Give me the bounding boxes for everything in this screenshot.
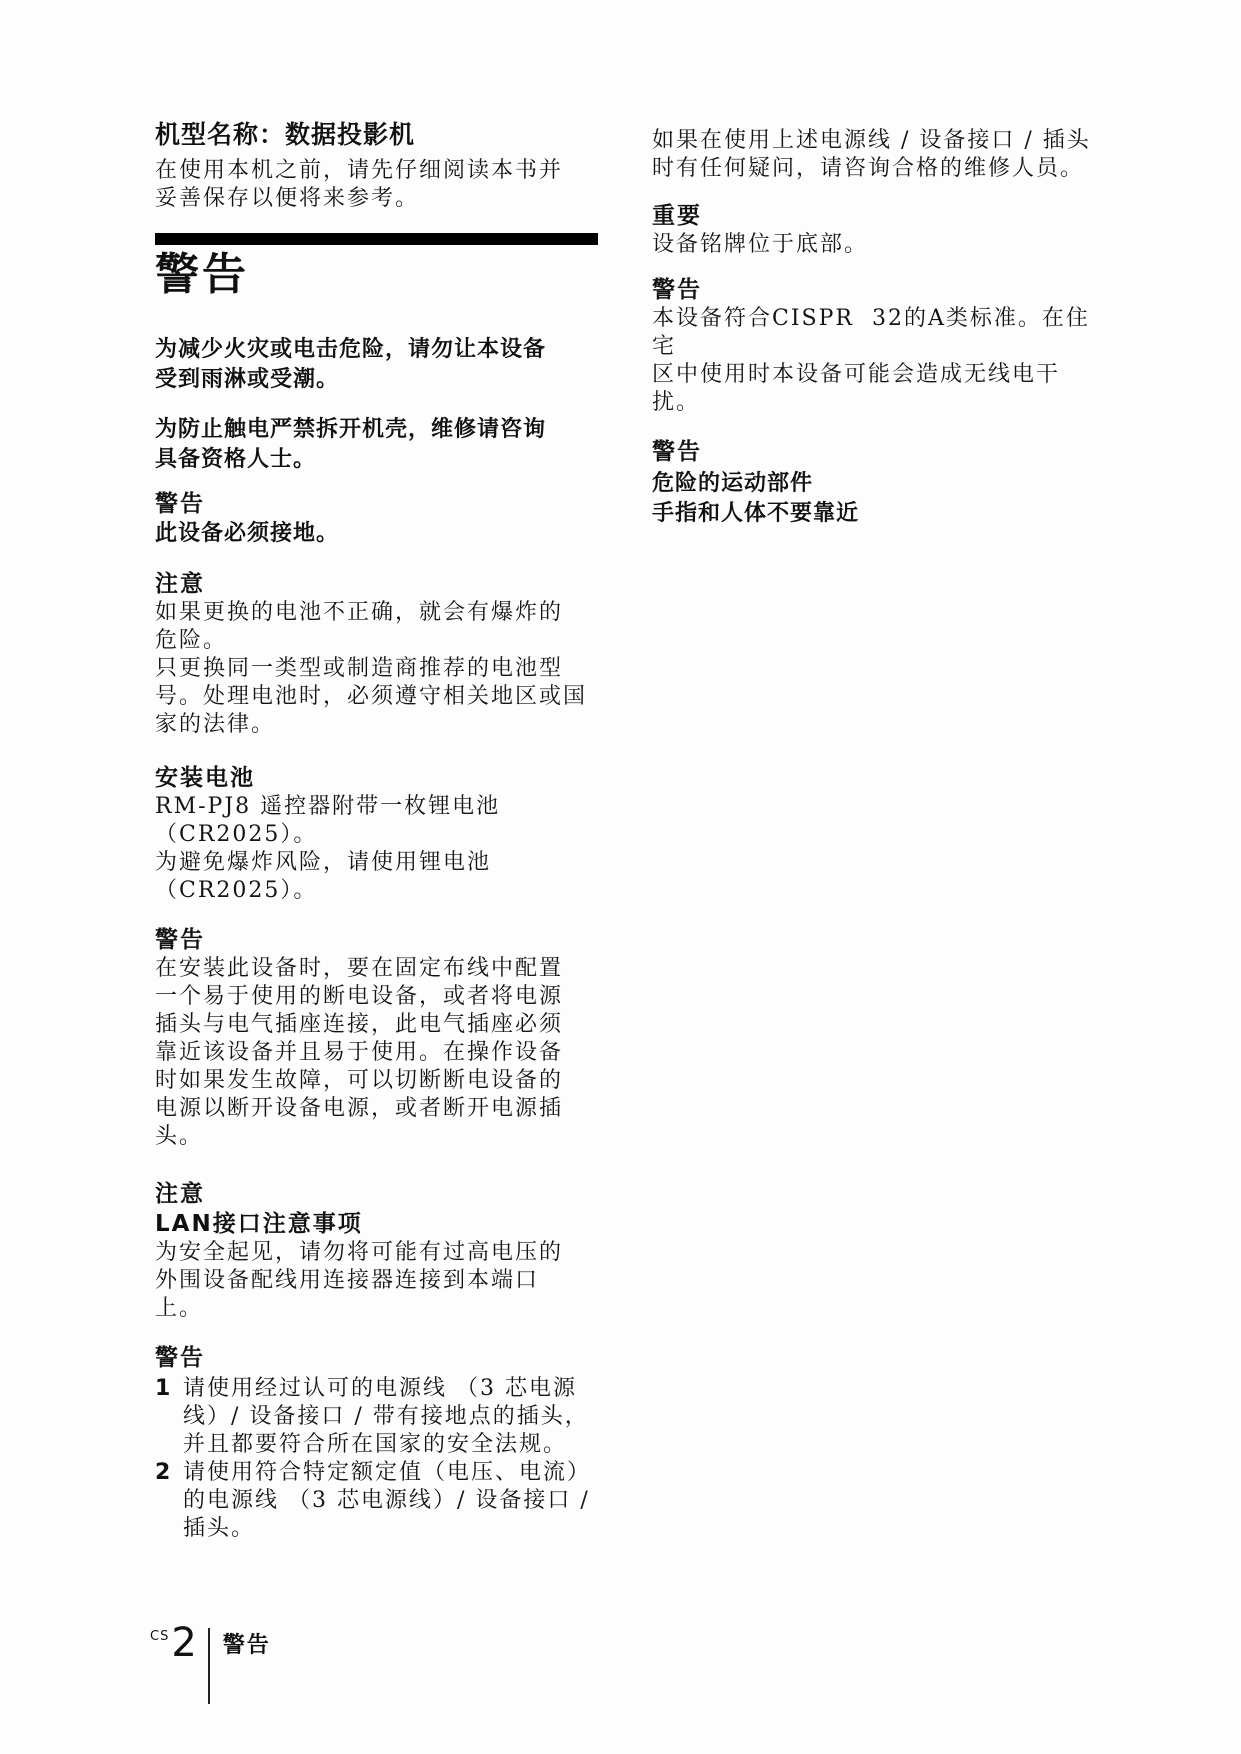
warning-main-heading: 警告 (155, 251, 611, 299)
footer-divider (208, 1628, 210, 1704)
ground-warning-body: 此设备必须接地。 (155, 519, 611, 549)
cispr-warning-heading: 警告 (652, 275, 1112, 305)
list-item-number: 2 (155, 1459, 183, 1487)
page-number: 2 (171, 1626, 196, 1660)
battery-caution-heading: 注意 (155, 569, 611, 599)
manual-page: 机型名称：数据投影机 在使用本机之前，请先仔细阅读本书并 妥善保存以便将来参考。… (0, 0, 1241, 1754)
cispr-warning-body: 本设备符合CISPR 32的A类标准。在住宅 区中使用时本设备可能会造成无线电干… (652, 305, 1112, 417)
lan-caution-body: 为安全起见，请勿将可能有过高电压的 外围设备配线用连接器连接到本端口 上。 (155, 1239, 611, 1323)
shock-warning-paragraph: 为防止触电严禁拆开机壳，维修请咨询 具备资格人士。 (155, 415, 611, 475)
battery-install-heading: 安装电池 (155, 763, 611, 793)
language-code: CS (150, 1630, 169, 1643)
cord-note-paragraph: 如果在使用上述电源线 / 设备接口 / 插头 时有任何疑问，请咨询合格的维修人员… (652, 127, 1112, 183)
intro-paragraph: 在使用本机之前，请先仔细阅读本书并 妥善保存以便将来参考。 (155, 157, 611, 213)
install-warning-body: 在安装此设备时，要在固定布线中配置 一个易于使用的断电设备，或者将电源 插头与电… (155, 955, 611, 1151)
section-divider-bar (155, 233, 598, 245)
left-column: 机型名称：数据投影机 在使用本机之前，请先仔细阅读本书并 妥善保存以便将来参考。… (155, 118, 611, 1543)
cord-warning-heading: 警告 (155, 1343, 611, 1373)
lan-caution-subheading: LAN接口注意事项 (155, 1209, 611, 1239)
cord-warning-list: 1 请使用经过认可的电源线 （3 芯电源 线）/ 设备接口 / 带有接地点的插头… (155, 1375, 611, 1543)
list-item-text: 请使用经过认可的电源线 （3 芯电源 线）/ 设备接口 / 带有接地点的插头， … (183, 1375, 611, 1459)
battery-install-body: RM-PJ8 遥控器附带一枚锂电池 （CR2025）。 为避免爆炸风险，请使用锂… (155, 793, 611, 905)
moving-parts-warning-body: 危险的运动部件 手指和人体不要靠近 (652, 469, 1112, 529)
list-item-text: 请使用符合特定额定值（电压、电流） 的电源线 （3 芯电源线）/ 设备接口 / … (183, 1459, 611, 1543)
model-name-title: 机型名称：数据投影机 (155, 118, 611, 151)
footer-section-label: 警告 (223, 1634, 271, 1658)
battery-caution-body: 如果更换的电池不正确，就会有爆炸的 危险。 只更换同一类型或制造商推荐的电池型 … (155, 599, 611, 739)
moving-parts-warning-heading: 警告 (652, 437, 1112, 467)
rain-warning-paragraph: 为减少火灾或电击危险，请勿让本设备 受到雨淋或受潮。 (155, 335, 611, 395)
install-warning-heading: 警告 (155, 925, 611, 955)
list-item-number: 1 (155, 1375, 183, 1403)
list-item: 2 请使用符合特定额定值（电压、电流） 的电源线 （3 芯电源线）/ 设备接口 … (155, 1459, 611, 1543)
list-item: 1 请使用经过认可的电源线 （3 芯电源 线）/ 设备接口 / 带有接地点的插头… (155, 1375, 611, 1459)
right-column: 如果在使用上述电源线 / 设备接口 / 插头 时有任何疑问，请咨询合格的维修人员… (652, 127, 1112, 529)
important-body: 设备铭牌位于底部。 (652, 231, 1112, 259)
ground-warning-heading: 警告 (155, 489, 611, 519)
page-footer: CS 2 警告 (150, 1626, 271, 1704)
important-heading: 重要 (652, 201, 1112, 231)
lan-caution-heading: 注意 (155, 1179, 611, 1209)
